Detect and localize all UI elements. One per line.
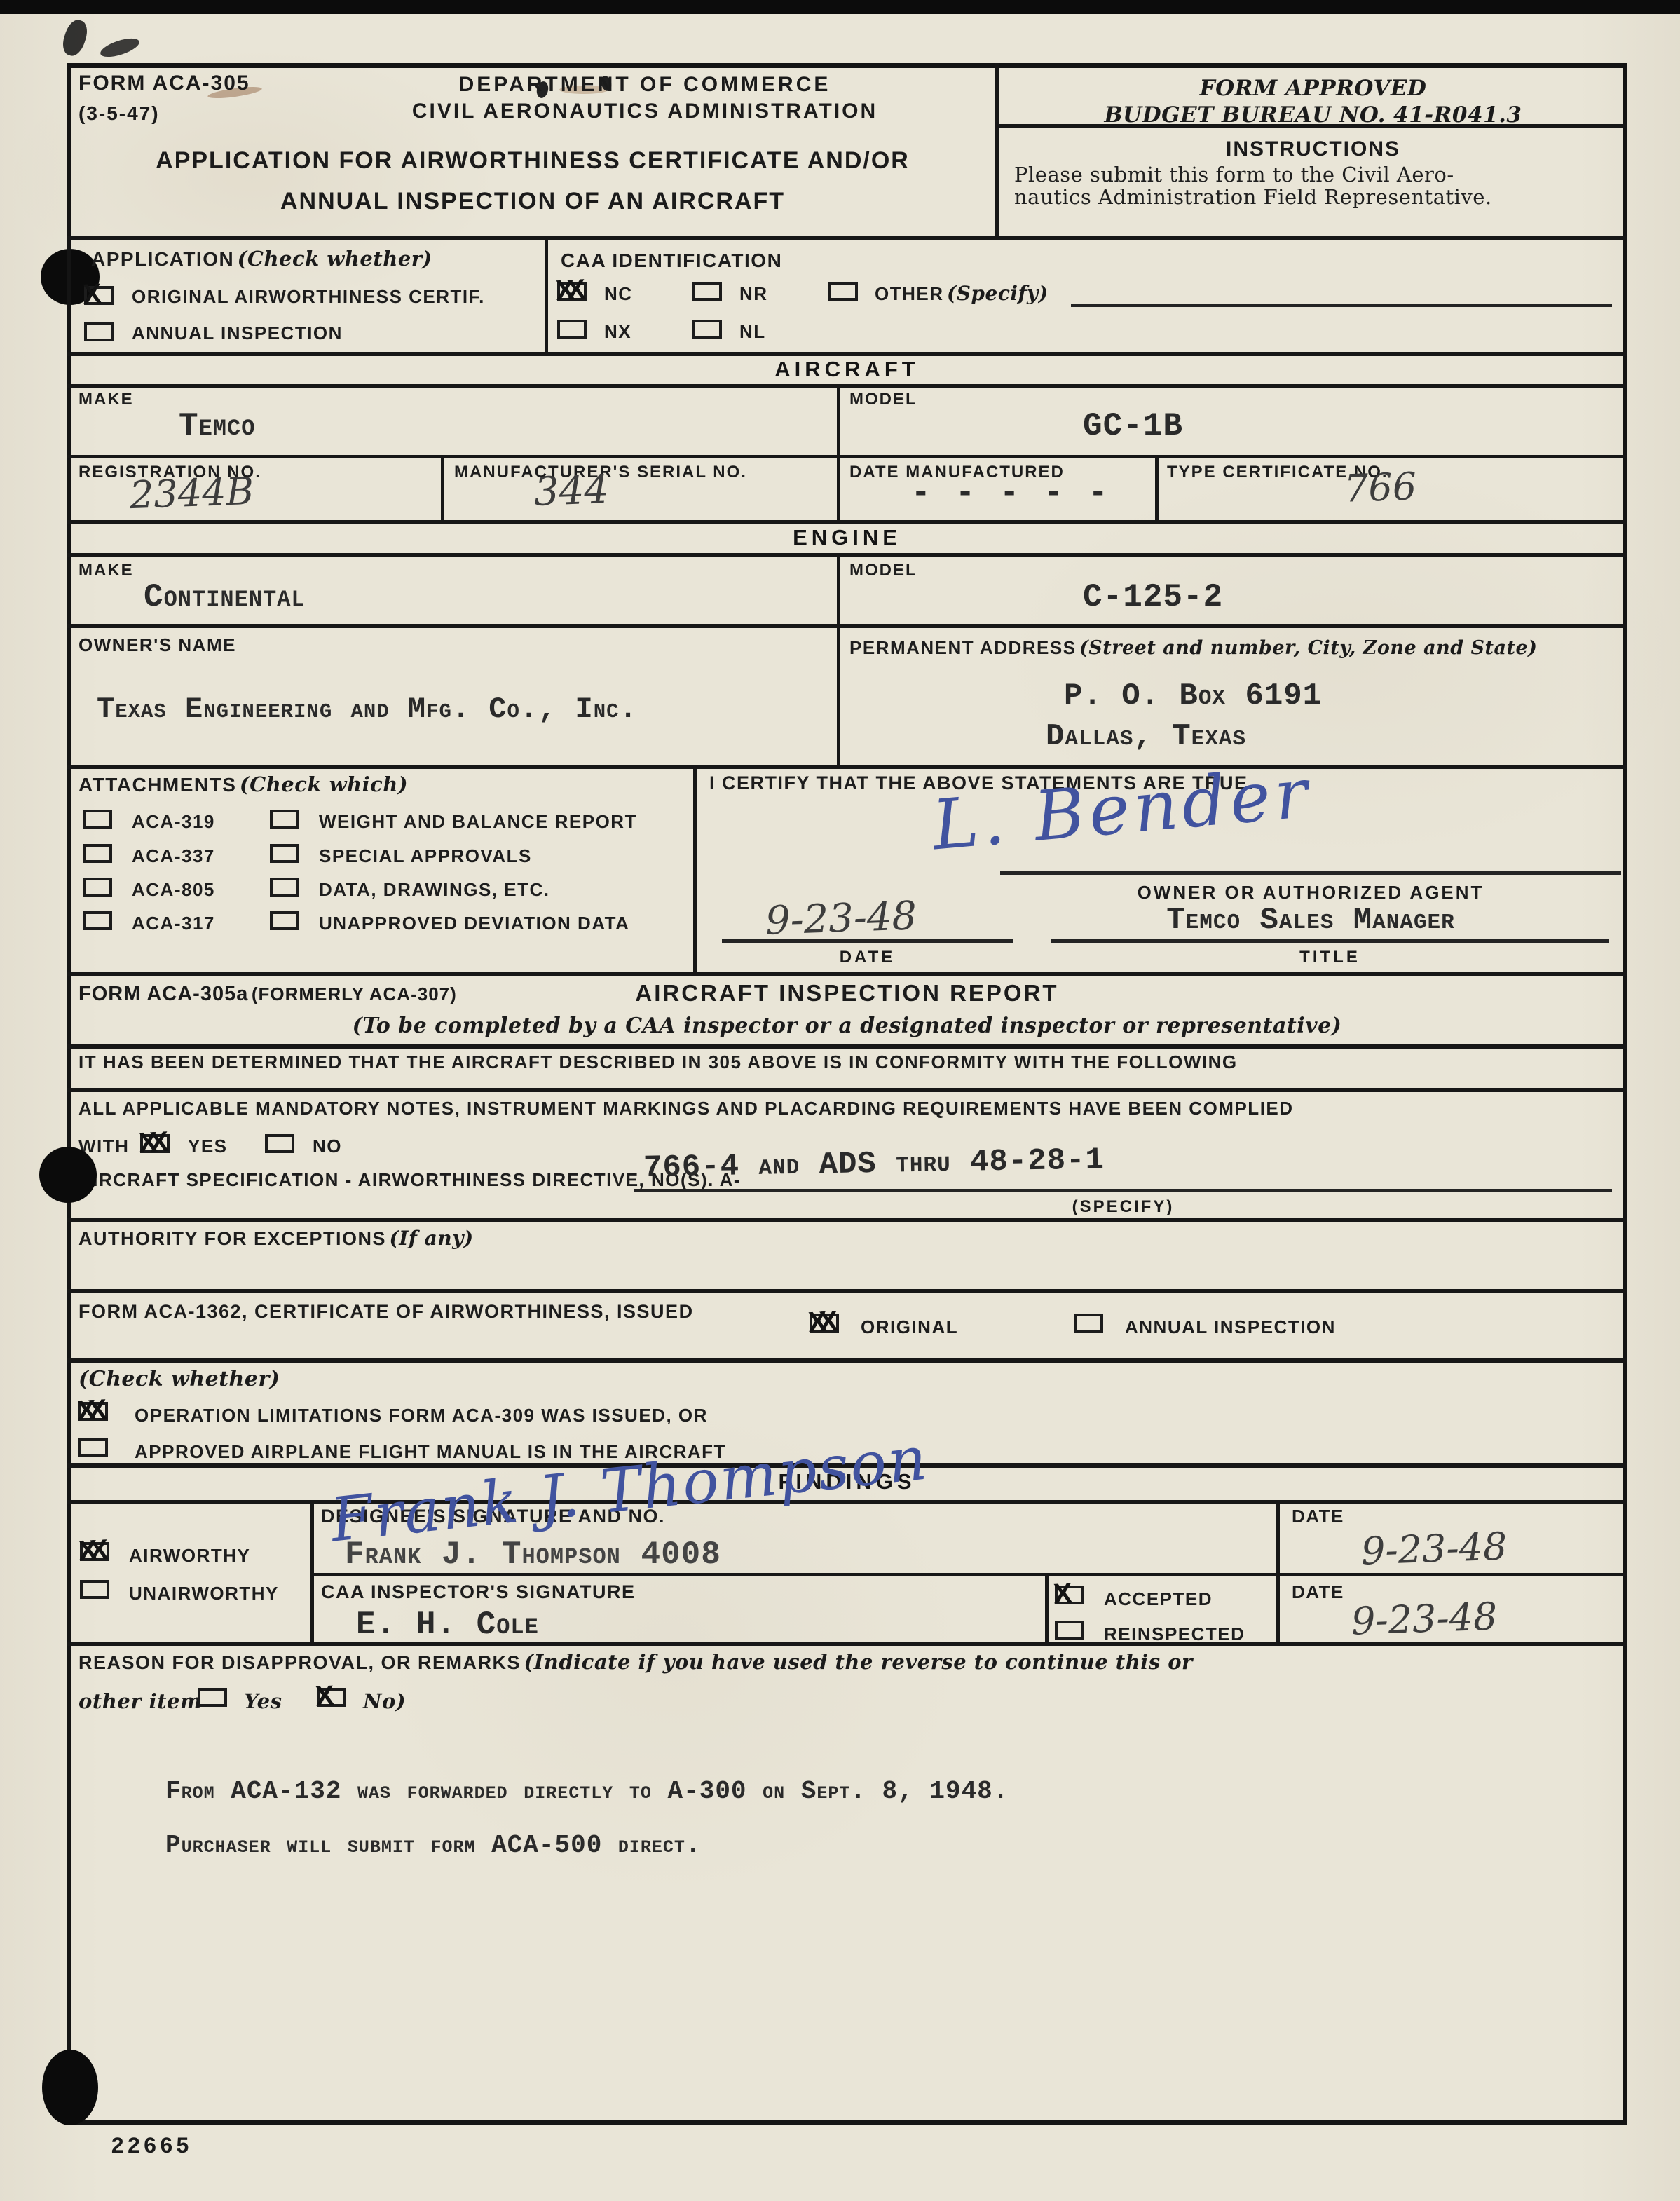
aca-317-label: ACA-317 [132,913,215,934]
application-section-label: APPLICATION (Check whether) [91,247,432,271]
divider [67,972,1627,976]
engine-model-value: C-125-2 [1083,579,1223,615]
checkbox-nx[interactable] [557,320,587,339]
nx-label: NX [604,321,631,343]
punch-hole [42,2050,98,2125]
divider [545,238,548,354]
checkbox-annual-inspection[interactable] [84,322,114,341]
divider [693,767,697,974]
checkbox-nc[interactable]: XX [557,282,587,301]
instructions-body-line2: nautics Administration Field Representat… [1014,185,1492,209]
ink-smudge [98,35,141,61]
complied-yes-label: YES [188,1136,228,1157]
aca-319-label: ACA-319 [132,811,215,833]
divider [441,457,444,522]
attachments-label: ATTACHMENTS [78,774,236,796]
remarks-note2: other item [78,1689,202,1713]
checkbox-operation-limitations[interactable]: XX [78,1402,108,1421]
no-text: No [363,1689,396,1713]
aircraft-make-value: Temco [179,408,255,444]
note-close-paren: ) [396,1689,406,1713]
divider [1155,457,1159,522]
agent-label: OWNER OR AUTHORIZED AGENT [1000,882,1621,904]
other-label: OTHER (Specify) [875,282,1049,305]
divider [1276,1502,1280,1644]
checkbox-special-approvals[interactable] [270,844,299,863]
divider [67,1218,1627,1222]
checkbox-accepted[interactable]: X [1055,1586,1084,1604]
address-line1: P. O. Box 6191 [1064,679,1322,714]
airworthy-label: AIRWORTHY [129,1545,250,1567]
checkbox-mark: X [82,280,95,309]
address-note: (Street and number, City, Zone and State… [1079,637,1537,659]
page-title-line1: APPLICATION FOR AIRWORTHINESS CERTIFICAT… [67,147,999,175]
checkbox-issued-original[interactable]: XX [810,1314,839,1333]
owner-name-label: OWNER'S NAME [78,634,236,656]
application-note: (Check whether) [238,247,432,271]
form-revision-date: (3-5-47) [78,102,160,125]
department-line: DEPARTMENT OF COMMERCE [308,73,981,97]
engine-model-label: MODEL [849,561,917,580]
divider [67,1044,1627,1049]
divider [837,555,840,767]
complied-statement-line1: ALL APPLICABLE MANDATORY NOTES, INSTRUME… [78,1098,1294,1119]
data-drawings-label: DATA, DRAWINGS, ETC. [319,879,549,901]
checkbox-unairworthy[interactable] [80,1580,109,1599]
divider [995,63,999,240]
divider [837,384,840,457]
address-line2: Dallas, Texas [1046,719,1246,754]
aircraft-section-banner: AIRCRAFT [67,357,1627,382]
instructions-title: INSTRUCTIONS [999,137,1627,161]
punch-hole [39,1147,97,1203]
divider [67,1289,1627,1293]
unairworthy-label: UNAIRWORTHY [129,1583,279,1604]
title-line[interactable] [1051,939,1609,943]
checkbox-airworthy[interactable]: XX [80,1542,109,1561]
nc-label: NC [604,283,633,305]
title-value: Temco Sales Manager [1000,903,1621,938]
authority-note: (If any) [390,1227,474,1250]
certification-date-line[interactable] [722,939,1013,943]
remarks-label-line1: REASON FOR DISAPPROVAL, OR REMARKS (Indi… [78,1650,1193,1674]
divider [67,236,1627,240]
checkbox-unapproved-deviation[interactable] [270,911,299,930]
registration-value: 2344B [129,469,254,517]
attachments-note: (Check which) [240,772,408,796]
checkbox-weight-balance[interactable] [270,810,299,829]
remarks-body-line2: Purchaser will submit form ACA-500 direc… [165,1831,702,1860]
address-label-text: PERMANENT ADDRESS [849,637,1077,658]
divider [67,1642,1627,1646]
scanned-document-page: { "header": { "form_no": "FORM ACA-305",… [0,0,1680,2201]
nl-label: NL [739,321,766,343]
checkbox-issued-annual[interactable] [1074,1314,1103,1333]
original-airworthiness-label: ORIGINAL AIRWORTHINESS CERTIF. [132,286,485,308]
spec-directive-line[interactable] [634,1189,1612,1192]
checkbox-aca-317[interactable] [83,911,112,930]
divider [67,1358,1627,1363]
type-certificate-value: 766 [1344,464,1417,511]
ink-smudge [60,18,91,59]
checkbox-mark: X [315,1682,327,1711]
aircraft-model-label: MODEL [849,390,917,409]
issued-annual-label: ANNUAL INSPECTION [1125,1316,1336,1338]
checkbox-mark: XX [76,1396,100,1425]
checkbox-nl[interactable] [692,320,722,339]
checkbox-aca-805[interactable] [83,878,112,897]
divider [67,553,1627,557]
divider [310,1502,314,1644]
spec-directive-label: AIRCRAFT SPECIFICATION - AIRWORTHINESS D… [78,1169,741,1191]
divider [67,384,1627,388]
report-title: AIRCRAFT INSPECTION REPORT [67,980,1627,1007]
divider [67,352,1627,356]
divider [67,765,1627,769]
checkbox-mark: XX [78,1536,101,1565]
accepted-label: ACCEPTED [1104,1588,1213,1610]
remarks-body-line1: From ACA-132 was forwarded directly to A… [165,1777,1009,1806]
scan-edge-artifact [0,0,1680,14]
date-label: DATE [722,948,1013,967]
serial-value: 344 [533,467,610,515]
specify-label: (SPECIFY) [634,1197,1612,1217]
inspector-date-label: DATE [1292,1581,1344,1603]
divider [67,455,1627,458]
checkbox-reverse-no[interactable]: X [317,1688,346,1707]
special-approvals-label: SPECIAL APPROVALS [319,845,532,867]
aircraft-model-value: GC-1B [1083,408,1183,444]
authority-exceptions-label: AUTHORITY FOR EXCEPTIONS (If any) [78,1227,474,1250]
annual-inspection-label: ANNUAL INSPECTION [132,322,343,344]
checkbox-data-drawings[interactable] [270,878,299,897]
divider [67,624,1627,628]
reverse-yes-label: Yes [244,1689,282,1713]
inspector-typed-name: E. H. Cole [356,1607,539,1643]
divider [67,1088,1627,1092]
attachments-section-label: ATTACHMENTS (Check which) [78,772,408,796]
checkbox-mark: XX [807,1307,831,1337]
designee-date-value: 9-23-48 [1360,1524,1508,1573]
page-title-line2: ANNUAL INSPECTION OF AN AIRCRAFT [67,188,999,215]
issued-original-label: ORIGINAL [861,1316,958,1338]
other-text: OTHER [875,283,944,304]
checkbox-aca-337[interactable] [83,844,112,863]
checkbox-reinspected[interactable] [1055,1621,1084,1640]
other-specify-line[interactable] [1071,304,1612,307]
aca-1362-label: FORM ACA-1362, CERTIFICATE OF AIRWORTHIN… [78,1301,694,1323]
owner-name-value: Texas Engineering and Mfg. Co., Inc. [97,693,638,726]
instructions-body-line1: Please submit this form to the Civil Aer… [1014,163,1454,186]
engine-section-banner: ENGINE [67,525,1627,550]
checkbox-complied-yes[interactable]: XX [140,1134,170,1153]
weight-balance-label: WEIGHT AND BALANCE REPORT [319,811,637,833]
checkbox-mark: XX [555,275,578,305]
divider [313,1573,1627,1576]
checkbox-aca-319[interactable] [83,810,112,829]
engine-make-value: Continental [144,579,306,615]
checkbox-mark: XX [138,1128,161,1157]
unapproved-deviation-label: UNAPPROVED DEVIATION DATA [319,913,629,934]
reverse-no-label: No) [363,1689,406,1713]
authority-text: AUTHORITY FOR EXCEPTIONS [78,1228,386,1249]
checkbox-other[interactable] [828,282,858,301]
divider [67,520,1627,524]
remarks-label-text: REASON FOR DISAPPROVAL, OR REMARKS [78,1652,521,1673]
nr-label: NR [739,283,768,305]
checkbox-flight-manual[interactable] [78,1438,108,1457]
divider [837,457,840,522]
determined-statement: IT HAS BEEN DETERMINED THAT THE AIRCRAFT… [78,1051,1238,1073]
report-subtitle: (To be completed by a CAA inspector or a… [67,1014,1627,1038]
form-number: FORM ACA-305 [78,71,250,95]
remarks-note1: (Indicate if you have used the reverse t… [524,1650,1193,1674]
aircraft-make-label: MAKE [78,390,134,409]
engine-make-label: MAKE [78,561,134,580]
owner-signature-line[interactable] [1000,871,1621,875]
inspector-date-value: 9-23-48 [1351,1594,1498,1643]
footer-serial-number: 22665 [111,2134,192,2160]
other-specify-note: (Specify) [947,282,1049,305]
checkbox-complied-no[interactable] [265,1134,294,1153]
permanent-address-label: PERMANENT ADDRESS (Street and number, Ci… [849,633,1613,663]
caa-identification-label: CAA IDENTIFICATION [561,250,782,272]
designee-date-label: DATE [1292,1506,1344,1527]
certification-date-value: 9-23-48 [765,893,917,943]
title-label: TITLE [1051,948,1609,967]
check-whether-note: (Check whether) [78,1367,280,1391]
aca-337-label: ACA-337 [132,845,215,867]
operation-limitations-label: OPERATION LIMITATIONS FORM ACA-309 WAS I… [135,1405,708,1426]
checkbox-mark: X [1053,1580,1065,1609]
complied-no-label: NO [313,1136,342,1157]
checkbox-original-airworthiness[interactable]: X [84,286,114,305]
date-manufactured-value: - - - - - [911,475,1110,512]
checkbox-reverse-yes[interactable] [198,1688,227,1707]
administration-line: CIVIL AERONAUTICS ADMINISTRATION [308,100,981,123]
inspector-signature-label: CAA INSPECTOR'S SIGNATURE [321,1581,635,1603]
divider [1045,1575,1049,1644]
divider [999,124,1627,128]
aca-805-label: ACA-805 [132,879,215,901]
checkbox-nr[interactable] [692,282,722,301]
form-approved-line1: FORM APPROVED [999,76,1627,101]
application-label: APPLICATION [91,248,234,270]
